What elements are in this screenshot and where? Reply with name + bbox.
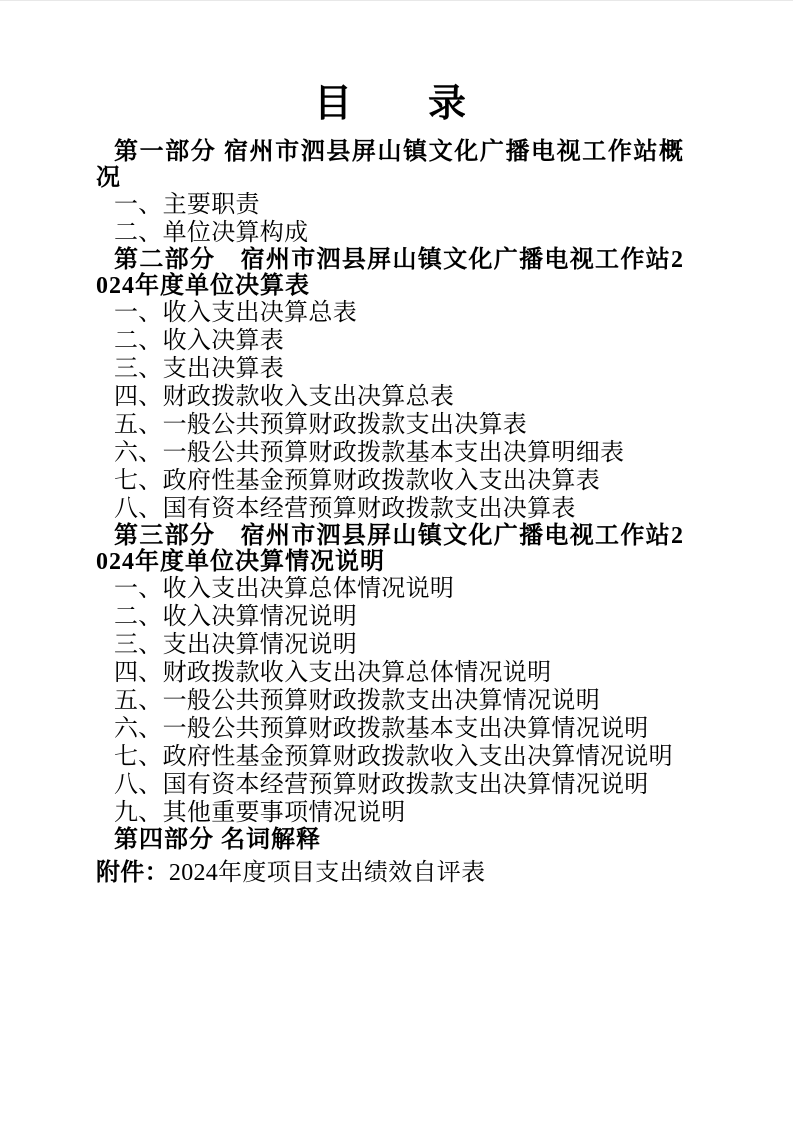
toc-item: 七、政府性基金预算财政拨款收入支出决算情况说明 (96, 743, 684, 771)
attachment-line: 附件：2024年度项目支出绩效自评表 (96, 859, 684, 887)
toc-item: 九、其他重要事项情况说明 (96, 799, 684, 827)
toc-item: 二、收入决算情况说明 (96, 603, 684, 631)
toc-document-page: 目 录 第一部分 宿州市泗县屏山镇文化广播电视工作站概况 一、主要职责 二、单位… (0, 0, 793, 1122)
section-3-heading: 第三部分 宿州市泗县屏山镇文化广播电视工作站2024年度单位决算情况说明 (96, 523, 684, 575)
toc-item: 六、一般公共预算财政拨款基本支出决算情况说明 (96, 715, 684, 743)
toc-item: 二、收入决算表 (96, 327, 684, 355)
toc-item: 一、收入支出决算总体情况说明 (96, 575, 684, 603)
toc-item: 五、一般公共预算财政拨款支出决算情况说明 (96, 687, 684, 715)
toc-item: 四、财政拨款收入支出决算总表 (96, 383, 684, 411)
page-title: 目 录 (96, 81, 684, 127)
toc-item: 六、一般公共预算财政拨款基本支出决算明细表 (96, 439, 684, 467)
attachment-label: 附件： (96, 860, 169, 886)
section-1-heading: 第一部分 宿州市泗县屏山镇文化广播电视工作站概况 (96, 139, 684, 191)
attachment-text: 2024年度项目支出绩效自评表 (169, 860, 486, 886)
toc-item: 七、政府性基金预算财政拨款收入支出决算表 (96, 467, 684, 495)
toc-item: 八、国有资本经营预算财政拨款支出决算情况说明 (96, 771, 684, 799)
section-2-heading: 第二部分 宿州市泗县屏山镇文化广播电视工作站2024年度单位决算表 (96, 247, 684, 299)
toc-item: 五、一般公共预算财政拨款支出决算表 (96, 411, 684, 439)
toc-item: 四、财政拨款收入支出决算总体情况说明 (96, 659, 684, 687)
toc-item: 一、收入支出决算总表 (96, 299, 684, 327)
toc-item: 一、主要职责 (96, 191, 684, 219)
toc-item: 二、单位决算构成 (96, 219, 684, 247)
toc-item: 三、支出决算情况说明 (96, 631, 684, 659)
toc-item: 三、支出决算表 (96, 355, 684, 383)
section-4-heading: 第四部分 名词解释 (96, 827, 684, 853)
toc-item: 八、国有资本经营预算财政拨款支出决算表 (96, 495, 684, 523)
